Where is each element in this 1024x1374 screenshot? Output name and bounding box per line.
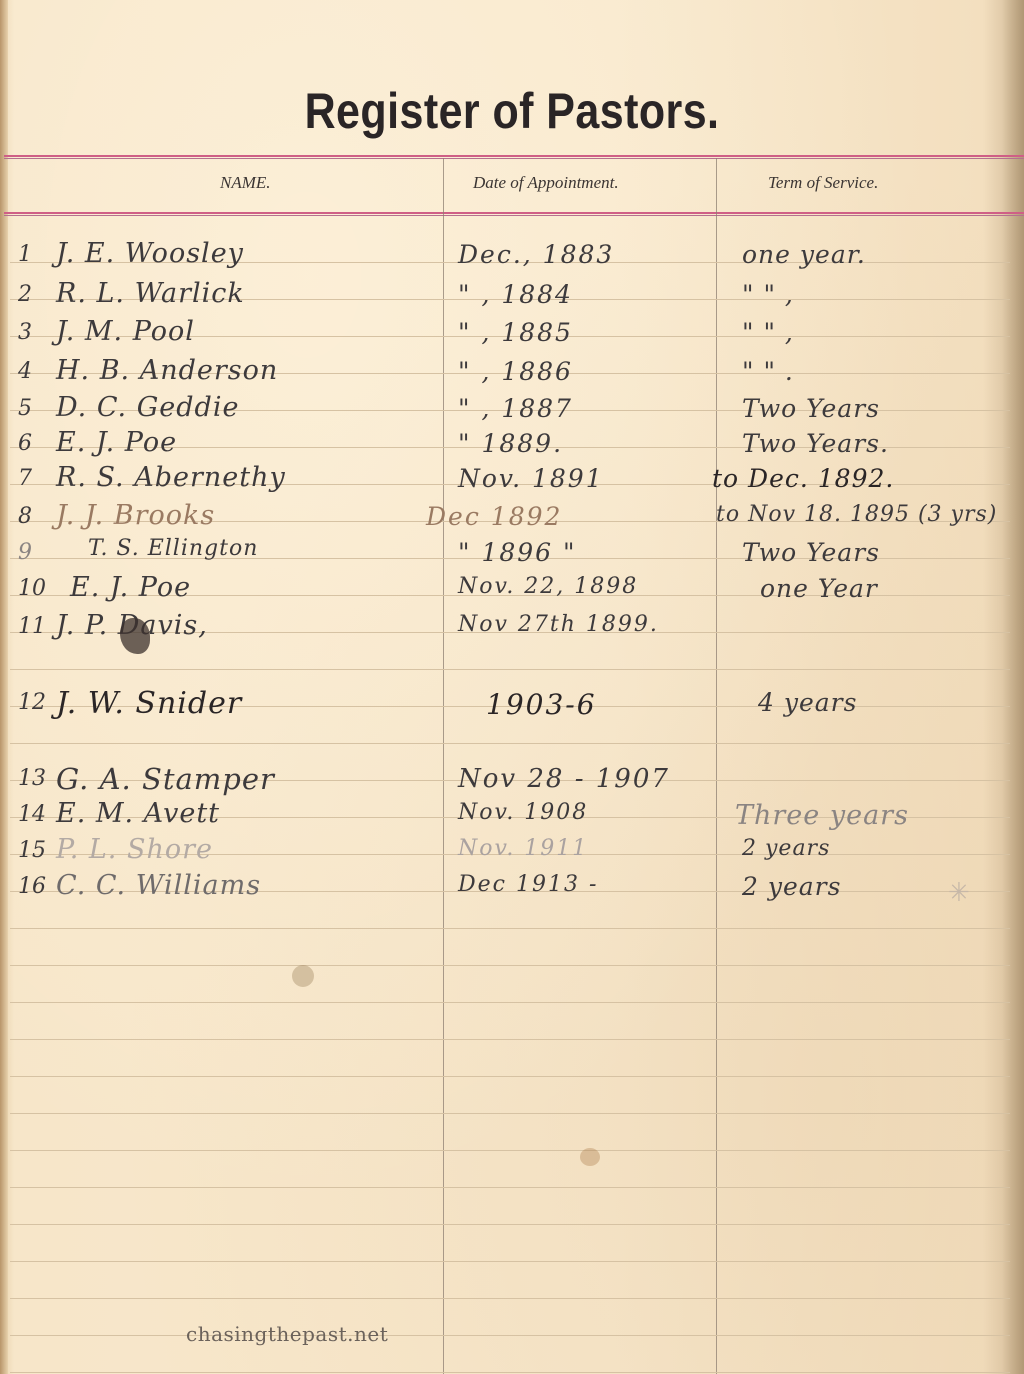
appointment-date: Nov. 1908 — [458, 800, 588, 825]
term-of-service: 4 years — [758, 688, 857, 717]
appointment-date: " , 1886 — [458, 357, 573, 386]
ruled-line — [10, 1002, 1010, 1003]
pastor-name: R. S. Abernethy — [56, 462, 286, 493]
pastor-name: J. E. Woosley — [56, 238, 244, 269]
column-header-date: Date of Appointment. — [473, 173, 619, 193]
pastor-name: D. C. Geddie — [56, 392, 239, 423]
term-of-service: one Year — [760, 574, 878, 603]
paper-stain — [580, 1148, 600, 1166]
register-row: 4 H. B. Anderson " , 1886 " " . — [0, 355, 1024, 392]
row-number: 8 — [18, 504, 32, 529]
pastor-name: P. L. Shore — [56, 834, 213, 865]
term-of-service: Two Years — [742, 538, 880, 567]
term-of-service: to Dec. 1892. — [712, 464, 894, 493]
pastor-name: R. L. Warlick — [56, 278, 245, 309]
register-row: 10 E. J. Poe Nov. 22, 1898 one Year — [0, 572, 1024, 609]
watermark: chasingthepast.net — [186, 1322, 388, 1346]
asterisk-mark-icon: ✳ — [948, 878, 970, 908]
ruled-line — [10, 669, 1010, 670]
appointment-date: Nov. 1891 — [458, 464, 604, 493]
row-number: 2 — [18, 282, 32, 307]
ruled-line — [10, 1372, 1010, 1373]
column-header-term: Term of Service. — [768, 173, 878, 193]
term-of-service: one year. — [742, 240, 866, 269]
ruled-line — [10, 1076, 1010, 1077]
ruled-line — [10, 1113, 1010, 1114]
register-row: 7 R. S. Abernethy Nov. 1891 to Dec. 1892… — [0, 462, 1024, 499]
pastor-name: G. A. Stamper — [56, 762, 275, 796]
term-of-service: " " . — [742, 357, 794, 386]
appointment-date: " , 1887 — [458, 394, 573, 423]
appointment-date: Nov. 1911 — [458, 836, 588, 861]
register-row: 3 J. M. Pool " , 1885 " " , — [0, 316, 1024, 353]
pastor-name: C. C. Williams — [56, 870, 261, 901]
ruled-line — [10, 1224, 1010, 1225]
term-of-service: 2 years — [742, 836, 830, 861]
row-number: 16 — [18, 874, 46, 899]
row-number: 9 — [18, 540, 32, 565]
appointment-date: Dec 1892 — [426, 502, 562, 531]
row-number: 4 — [18, 359, 32, 384]
row-number: 7 — [18, 466, 32, 491]
appointment-date: Nov 28 - 1907 — [458, 764, 670, 794]
row-number: 6 — [18, 431, 32, 456]
register-row: 13 G. A. Stamper Nov 28 - 1907 — [0, 762, 1024, 799]
pastor-name: H. B. Anderson — [56, 355, 278, 386]
appointment-date: Dec 1913 - — [458, 872, 598, 897]
appointment-date: " , 1885 — [458, 318, 573, 347]
appointment-date: 1903-6 — [486, 688, 597, 721]
term-of-service: Two Years — [742, 394, 880, 423]
appointment-date: " 1896 " — [458, 538, 577, 567]
ruled-line — [10, 1187, 1010, 1188]
register-row: 16 C. C. Williams Dec 1913 - 2 years — [0, 870, 1024, 907]
appointment-date: Nov 27th 1899. — [458, 612, 659, 637]
column-header-name: NAME. — [220, 173, 271, 193]
pastor-name: J. W. Snider — [56, 686, 242, 721]
ruled-line — [10, 928, 1010, 929]
row-number: 11 — [18, 614, 46, 639]
ruled-line — [10, 1039, 1010, 1040]
pastor-name: J. J. Brooks — [56, 500, 215, 531]
paper-stain — [292, 965, 314, 987]
row-number: 1 — [18, 242, 32, 267]
appointment-date: " , 1884 — [458, 280, 573, 309]
appointment-date: " 1889. — [458, 429, 563, 458]
row-number: 15 — [18, 838, 46, 863]
ruled-line — [10, 1150, 1010, 1151]
ruled-line — [10, 1261, 1010, 1262]
row-number: 12 — [18, 690, 46, 715]
ruled-line — [10, 1298, 1010, 1299]
row-number: 14 — [18, 802, 46, 827]
ruled-line — [10, 1335, 1010, 1336]
term-of-service: 2 years — [742, 872, 841, 901]
row-number: 5 — [18, 396, 32, 421]
register-row: 11 J. P. Davis, Nov 27th 1899. — [0, 610, 1024, 647]
ruled-line — [10, 743, 1010, 744]
term-of-service: " " , — [742, 280, 794, 309]
ink-blot — [120, 618, 150, 654]
register-row: 6 E. J. Poe " 1889. Two Years. — [0, 427, 1024, 464]
term-of-service: Three years — [735, 800, 909, 831]
register-row: 14 E. M. Avett Nov. 1908 Three years — [0, 798, 1024, 835]
row-number: 10 — [18, 576, 46, 601]
register-page: Register of Pastors. NAME. Date of Appoi… — [0, 0, 1024, 1374]
register-row: 2 R. L. Warlick " , 1884 " " , — [0, 278, 1024, 315]
page-title: Register of Pastors. — [72, 82, 953, 140]
pastor-name: E. J. Poe — [56, 427, 177, 458]
term-of-service: Two Years. — [742, 429, 889, 458]
pastor-name: J. M. Pool — [56, 316, 195, 347]
appointment-date: Dec., 1883 — [458, 240, 614, 269]
pastor-name: T. S. Ellington — [88, 536, 258, 561]
register-row: 5 D. C. Geddie " , 1887 Two Years — [0, 392, 1024, 429]
header-rule-bottom — [4, 212, 1024, 217]
pastor-name: E. J. Poe — [70, 572, 191, 603]
row-number: 13 — [18, 766, 46, 791]
header-rule-top — [4, 155, 1024, 160]
row-number: 3 — [18, 320, 32, 345]
appointment-date: Nov. 22, 1898 — [458, 574, 638, 599]
term-of-service: to Nov 18. 1895 (3 yrs) — [716, 502, 997, 527]
register-row: 12 J. W. Snider 1903-6 4 years — [0, 686, 1024, 723]
register-row: 15 P. L. Shore Nov. 1911 2 years — [0, 834, 1024, 871]
ruled-line — [10, 965, 1010, 966]
pastor-name: E. M. Avett — [56, 798, 220, 829]
register-row: 1 J. E. Woosley Dec., 1883 one year. — [0, 238, 1024, 275]
term-of-service: " " , — [742, 318, 794, 347]
register-row: 9 T. S. Ellington " 1896 " Two Years — [0, 536, 1024, 573]
register-row: 8 J. J. Brooks Dec 1892 to Nov 18. 1895 … — [0, 500, 1024, 537]
